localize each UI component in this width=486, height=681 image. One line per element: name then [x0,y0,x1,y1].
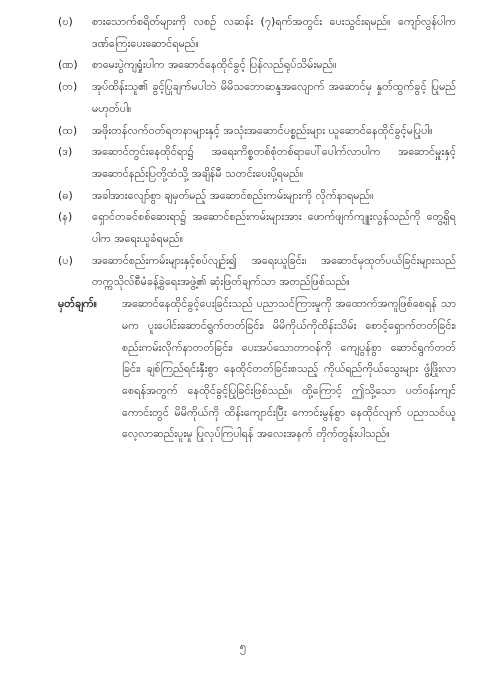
rule-item-label: (ဏ) [58,54,92,76]
rule-item: (တ) အုပ်ထိန်းသူ၏ ခွင့်ပြုချက်မပါဘဲ မိမိသ… [58,76,456,119]
rule-item: (ဎ) စားသောက်စရိတ်များကို လစဉ် လဆန်း (၇)ရ… [58,11,456,54]
rule-item-label: (ဎ) [58,11,92,33]
rule-item-label: (တ) [58,76,92,98]
rule-item: (ထ) အဖိုးတန်လက်ဝတ်ရတနာများနှင့် အသုံးအဆေ… [58,120,456,142]
rule-item: (ဒ) အဆောင်တွင်းနေထိုင်ရာ၌ အရေးကိစ္စတစ်စု… [58,141,456,184]
rule-item-text: အဆောင်တွင်းနေထိုင်ရာ၌ အရေးကိစ္စတစ်စုံတစ်… [92,141,456,184]
rule-item-text: စားသောက်စရိတ်များကို လစဉ် လဆန်း (၇)ရက်အတ… [92,11,456,54]
rule-item-text: အဆောင်စည်းကမ်းများနှင့်စပ်လျဉ်း၍ အရေးယူခ… [92,250,456,293]
rule-list: (ဎ) စားသောက်စရိတ်များကို လစဉ် လဆန်း (၇)ရ… [58,11,456,293]
note-section: မှတ်ချက်။ အဆောင်နေထိုင်ခွင့်ပေးခြင်းသည် … [58,293,456,445]
rule-item: (ဓ) အခါအားလျော်စွာ ချမှတ်မည့် အဆောင်စည်း… [58,185,456,207]
rule-item-text: စာမေးပွဲကျရှုံးပါက အဆောင်နေထိုင်ခွင့် ပြ… [92,54,456,76]
page-number: ၅ [0,636,486,658]
note-text: အဆောင်နေထိုင်ခွင့်ပေးခြင်းသည် ပညာသင်ကြား… [122,293,456,445]
rule-item: (ဏ) စာမေးပွဲကျရှုံးပါက အဆောင်နေထိုင်ခွင့… [58,54,456,76]
rule-item-text: ရှောင်တခင်စစ်ဆေးရာ၌ အဆောင်စည်းကမ်းများအာ… [92,206,456,249]
rule-item-label: (ပ) [58,250,92,272]
rule-item-label: (ဓ) [58,185,92,207]
note-label: မှတ်ချက်။ [58,293,122,315]
document-page: (ဎ) စားသောက်စရိတ်များကို လစဉ် လဆန်း (၇)ရ… [0,0,486,681]
rule-item: (န) ရှောင်တခင်စစ်ဆေးရာ၌ အဆောင်စည်းကမ်းမျ… [58,206,456,249]
rule-item-label: (ဒ) [58,141,92,163]
rule-item-text: အုပ်ထိန်းသူ၏ ခွင့်ပြုချက်မပါဘဲ မိမိသဘောဆ… [92,76,456,119]
rule-item-label: (န) [58,206,92,228]
rule-item-text: အဖိုးတန်လက်ဝတ်ရတနာများနှင့် အသုံးအဆောင်ပ… [92,120,456,142]
rule-item: (ပ) အဆောင်စည်းကမ်းများနှင့်စပ်လျဉ်း၍ အရေ… [58,250,456,293]
rule-item-text: အခါအားလျော်စွာ ချမှတ်မည့် အဆောင်စည်းကမ်း… [92,185,456,207]
rule-item-label: (ထ) [58,120,92,142]
